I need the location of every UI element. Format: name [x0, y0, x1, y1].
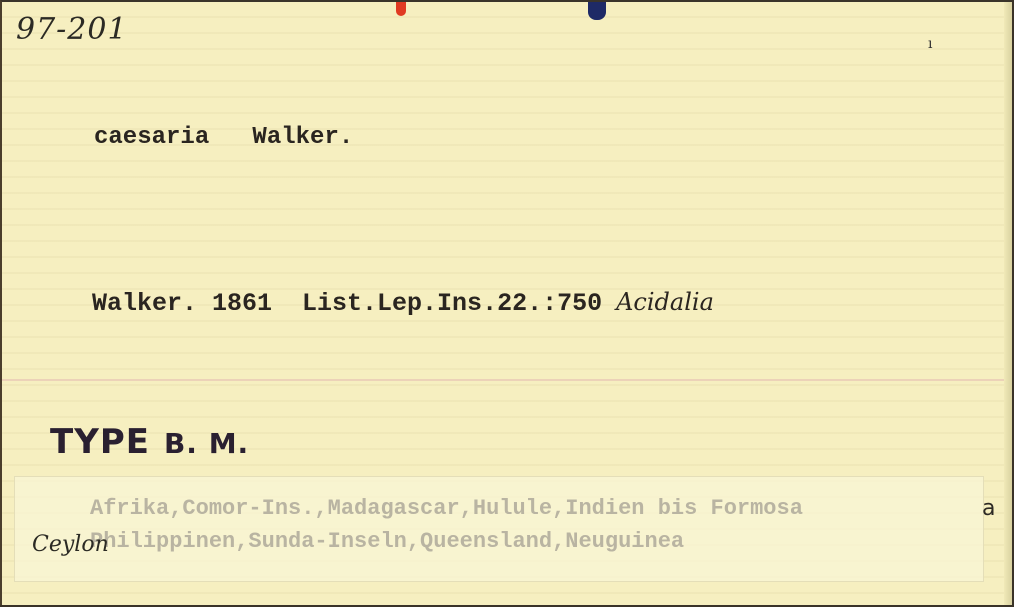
original-genus: Acidalia	[616, 288, 714, 316]
species-name-line: caesaria Walker.	[94, 124, 353, 151]
corner-tick-mark: ı	[928, 36, 932, 52]
type-stamp-label: TYPE	[50, 422, 150, 462]
accession-number: 97-201	[16, 12, 128, 47]
type-stamp-location: B. M.	[164, 427, 249, 460]
distribution-line-1: Afrika,Comor-Ins.,Madagascar,Hulule,Indi…	[90, 496, 803, 521]
red-clip-marker	[396, 2, 406, 16]
reference-line: Walker. 1861 List.Lep.Ins.22.:750Acidali…	[92, 288, 714, 318]
reference-citation: Walker. 1861 List.Lep.Ins.22.:750	[92, 289, 602, 318]
handwritten-locality: Ceylon	[32, 532, 109, 557]
card-rule-line	[2, 379, 1012, 381]
type-stamp: TYPEB. M.	[50, 422, 249, 462]
index-card: 97-201 ı caesaria Walker. Walker. 1861 L…	[0, 0, 1012, 605]
distribution-line-2: Philippinen,Sunda-Inseln,Queensland,Neug…	[90, 529, 684, 554]
distribution-overflow-letter: a	[982, 496, 995, 521]
blue-clip-marker	[588, 2, 606, 20]
